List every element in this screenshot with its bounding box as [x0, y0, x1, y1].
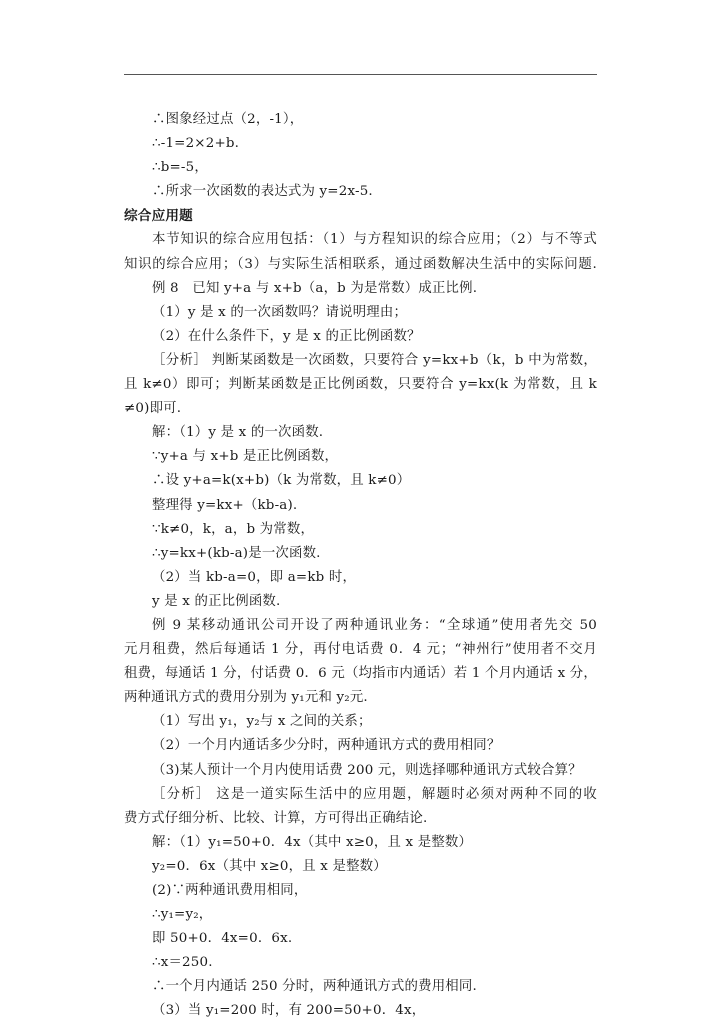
text-line: 元月租费，然后每通话 1 分，再付电话费 0．4 元；“神州行”使用者不交月	[124, 638, 597, 662]
text-line: 知识的综合应用；（3）与实际生活相联系，通过函数解决生活中的实际问题.	[124, 253, 597, 277]
analysis-line: ［分析］ 这是一道实际生活中的应用题，解题时必须对两种不同的收	[124, 783, 597, 807]
text-line: (2)∵两种通讯费用相同，	[124, 879, 597, 903]
question-2: （2）在什么条件下，y 是 x 的正比例函数？	[124, 325, 597, 349]
text-line: 两种通讯方式的费用分别为 y₁元和 y₂元.	[124, 686, 597, 710]
question-1: （1）y 是 x 的一次函数吗？请说明理由；	[124, 301, 597, 325]
example-title: 例 9 某移动通讯公司开设了两种通讯业务：“全球通”使用者先交 50	[124, 614, 597, 638]
text-line: ∴图象经过点（2，-1），	[124, 108, 597, 132]
solution-line: 解：（1）y 是 x 的一次函数.	[124, 421, 597, 445]
text-line: 租费，每通话 1 分，付话费 0．6 元（均指市内通话）若 1 个月内通话 x …	[124, 662, 597, 686]
text-line: ∴x＝250.	[124, 951, 597, 975]
header-rule	[124, 74, 597, 75]
section-heading: 综合应用题	[124, 204, 597, 228]
text-line: 整理得 y=kx+（kb-a).	[124, 494, 597, 518]
text-line: y 是 x 的正比例函数.	[124, 590, 597, 614]
text-line: ∵y+a 与 x+b 是正比例函数，	[124, 445, 597, 469]
question-2: （2）一个月内通话多少分时，两种通讯方式的费用相同？	[124, 734, 597, 758]
text-line: 本节知识的综合应用包括：（1）与方程知识的综合应用；（2）与不等式	[124, 228, 597, 252]
example-title: 例 8 已知 y+a 与 x+b（a，b 为是常数）成正比例.	[124, 277, 597, 301]
text-line: ∴b=-5，	[124, 156, 597, 180]
document-body: ∴图象经过点（2，-1）， ∴-1=2×2+b. ∴b=-5， ∴所求一次函数的…	[124, 108, 597, 1017]
text-line: （3）当 y₁=200 时，有 200=50+0．4x，	[124, 999, 597, 1017]
text-line: ≠0)即可.	[124, 397, 597, 421]
text-line: 费方式仔细分析、比较、计算，方可得出正确结论.	[124, 807, 597, 831]
text-line: ∴所求一次函数的表达式为 y=2x-5.	[124, 180, 597, 204]
text-line: ∵k≠0，k，a，b 为常数，	[124, 518, 597, 542]
solution-line: 解：（1）y₁=50+0．4x（其中 x≥0，且 x 是整数）	[124, 831, 597, 855]
text-line: ∴一个月内通话 250 分时，两种通讯方式的费用相同.	[124, 975, 597, 999]
text-line: ∴y=kx+(kb-a)是一次函数.	[124, 542, 597, 566]
text-line: y₂=0．6x（其中 x≥0，且 x 是整数）	[124, 855, 597, 879]
text-line: ∴设 y+a=k(x+b)（k 为常数，且 k≠0）	[124, 469, 597, 493]
text-line: （2）当 kb-a=0，即 a=kb 时，	[124, 566, 597, 590]
question-1: （1）写出 y₁，y₂与 x 之间的关系；	[124, 710, 597, 734]
text-line: ∴-1=2×2+b.	[124, 132, 597, 156]
text-line: 且 k≠0）即可；判断某函数是正比例函数，只要符合 y=kx(k 为常数，且 k	[124, 373, 597, 397]
text-line: ∴y₁=y₂，	[124, 903, 597, 927]
text-line: 即 50+0．4x=0．6x.	[124, 927, 597, 951]
question-3: （3)某人预计一个月内使用话费 200 元，则选择哪种通讯方式较合算？	[124, 759, 597, 783]
analysis-line: ［分析］ 判断某函数是一次函数，只要符合 y=kx+b（k，b 中为常数，	[124, 349, 597, 373]
